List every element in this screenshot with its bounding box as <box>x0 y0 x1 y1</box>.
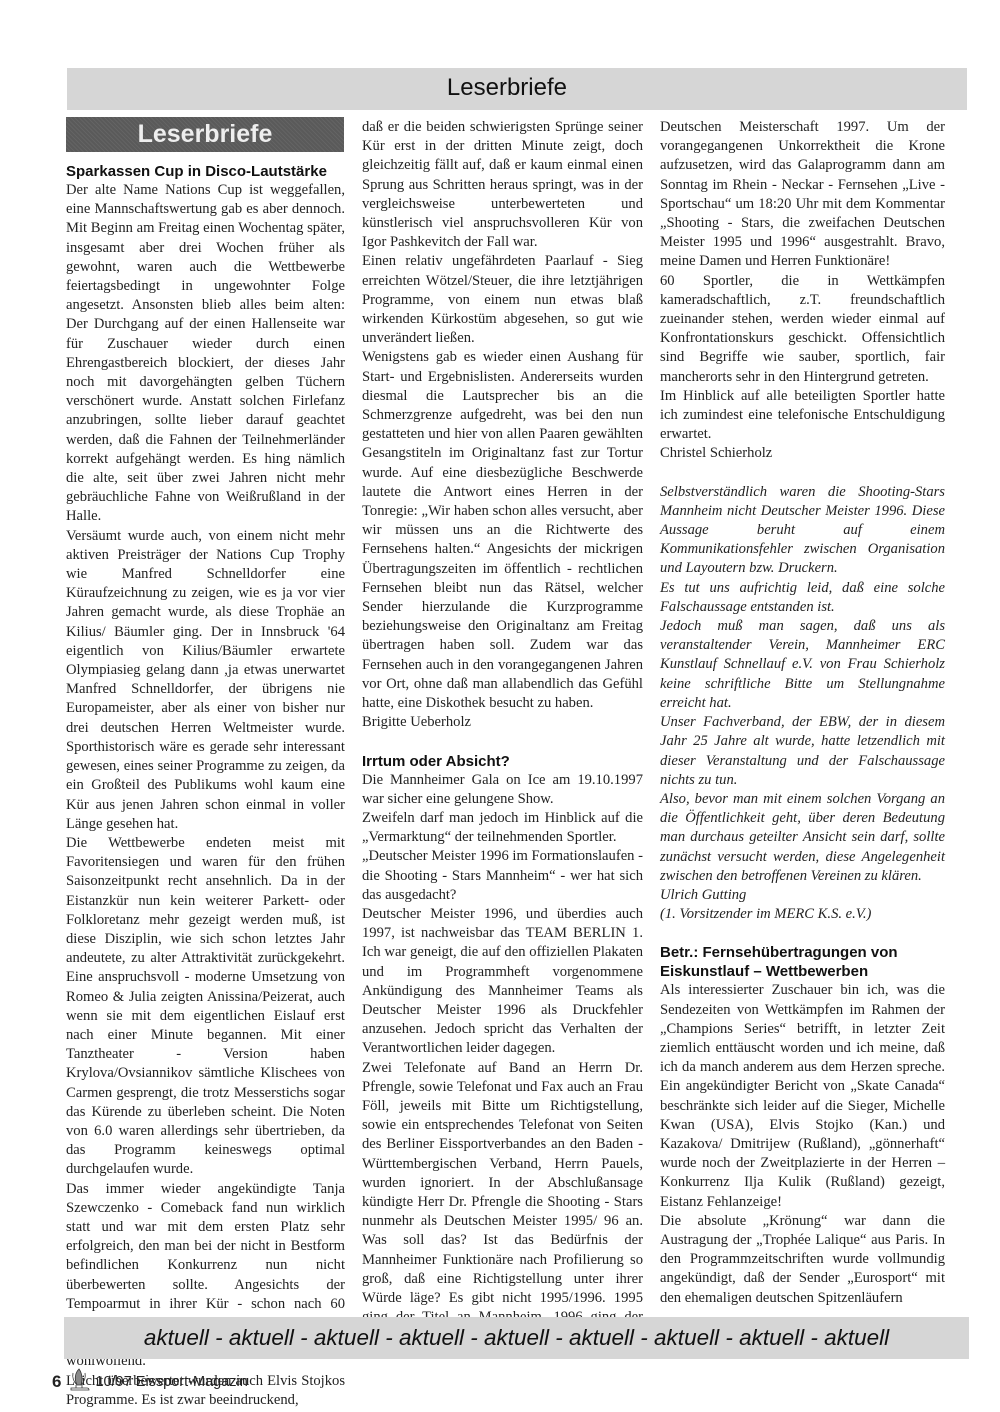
letter-title: Betr.: Fernsehübertragungen von Eiskunst… <box>660 943 945 981</box>
skate-wing-logo-icon <box>67 1367 91 1398</box>
paragraph: Zweifeln darf man jedoch im Hinblick auf… <box>362 809 643 847</box>
section-header-bar: Leserbriefe <box>67 68 967 110</box>
page-number: 6 <box>52 1372 61 1392</box>
paragraph: Zwei Telefonate auf Band an Herrn Dr. Pf… <box>362 1059 643 1347</box>
letter-signature: Brigitte Ueberholz <box>362 713 643 732</box>
column-1: Leserbriefe Sparkassen Cup in Disco-Laut… <box>66 117 345 1410</box>
paragraph: Versäumt wurde auch, von einem nicht meh… <box>66 527 345 834</box>
paragraph: Wenigstens gab es wieder einen Aushang f… <box>362 348 643 713</box>
letter-title: Irrtum oder Absicht? <box>362 752 643 771</box>
column-2: daß er die beiden schwierigsten Sprünge … <box>362 118 643 1347</box>
section-banner: Leserbriefe <box>66 117 344 152</box>
paragraph: Der alte Name Nations Cup ist weggefalle… <box>66 181 345 527</box>
letter-title: Sparkassen Cup in Disco-Lautstärke <box>66 162 345 181</box>
letter-signature: Christel Schierholz <box>660 444 945 463</box>
paragraph: Einen relativ ungefährdeten Paarlauf - S… <box>362 252 643 348</box>
reply-signature: Ulrich Gutting <box>660 886 945 905</box>
aktuell-banner: aktuell - aktuell - aktuell - aktuell - … <box>64 1317 969 1359</box>
reply-paragraph: Jedoch muß man sagen, daß uns als verans… <box>660 617 945 713</box>
paragraph: Die Wettbewerbe endeten meist mit Favori… <box>66 834 345 1180</box>
paragraph: 60 Sportler, die in Wettkämpfen kamerads… <box>660 272 945 387</box>
page-footer: 6 10/97 Eissport-Magazin <box>52 1368 248 1396</box>
paragraph: Die Mannheimer Gala on Ice am 19.10.1997… <box>362 771 643 809</box>
paragraph: daß er die beiden schwierigsten Sprünge … <box>362 118 643 252</box>
paragraph: Die absolute „Krönung“ war dann die Aust… <box>660 1212 945 1308</box>
paragraph: „Deutscher Meister 1996 im Formationslau… <box>362 847 643 905</box>
paragraph: Deutscher Meister 1996, und überdies auc… <box>362 905 643 1059</box>
reply-paragraph: Es tut uns aufrichtig leid, daß eine sol… <box>660 579 945 617</box>
column-3: Deutschen Meisterschaft 1997. Um der vor… <box>660 118 945 1308</box>
reply-paragraph: Also, bevor man mit einem solchen Vorgan… <box>660 790 945 886</box>
reply-signature-role: (1. Vorsitzender im MERC K.S. e.V.) <box>660 905 945 924</box>
paragraph: Als interessierter Zuschauer bin ich, wa… <box>660 981 945 1211</box>
reply-paragraph: Unser Fachverband, der EBW, der in diese… <box>660 713 945 790</box>
section-title: Leserbriefe <box>447 74 567 102</box>
reply-paragraph: Selbstverständlich waren die Shooting-St… <box>660 483 945 579</box>
paragraph: Im Hinblick auf alle beteiligten Sportle… <box>660 387 945 445</box>
paragraph: Deutschen Meisterschaft 1997. Um der vor… <box>660 118 945 272</box>
issue-label: 10/97 Eissport-Magazin <box>95 1374 247 1390</box>
